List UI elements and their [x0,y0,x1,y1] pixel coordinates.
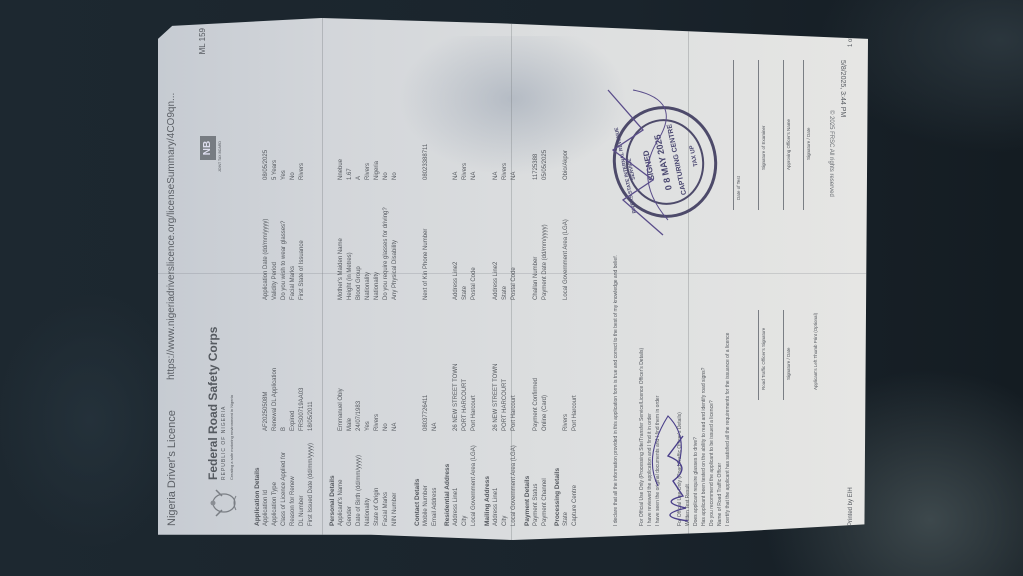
field-label: First State of Issuance [298,180,307,300]
org-tagline: Creating a safe motoring environment in … [229,395,234,480]
field-label: Any Physical Disability [391,180,400,300]
print-footer: 5/8/2025, 3:44 PM © 2025 FRSC All rights… [826,60,866,360]
approver-sig-label: Signature / Date [806,127,811,160]
field-value: Renewal DL Application [271,368,280,431]
reference-code: ML 159 [198,28,207,54]
field-label: Validity Period [271,180,280,300]
field-value: No [382,172,391,180]
sig-officer-label: Road Traffic Officer's Signature [761,328,766,390]
field-value: No [391,172,400,180]
field-value: Yes [280,170,289,180]
field-label: State [562,431,571,526]
section-heading: Payment Details [523,306,532,526]
field-label: Nationality [364,431,373,526]
field-value: FRS00719AA03 [298,388,307,431]
section-heading: Contact Details [413,306,422,526]
mailing-address-section: Mailing AddressAddress Line126 NEW STREE… [483,306,519,526]
field-label: Address Line1 [452,431,461,526]
field-value: NA [510,172,519,180]
personal-details-section: Personal DetailsApplicant's NameEmmanuel… [328,306,400,526]
approver-name-label: Approving Officer's Name [786,119,791,170]
field-value: 1.67 [346,168,355,180]
partner-caption: JOINT TAX BOARD [218,141,222,172]
joint-tax-board-logo: NB [200,136,216,160]
field-value: 18/05/2011 [307,401,316,431]
contact-details-section: Contact DetailsMobile Number08037726411E… [413,306,440,526]
field-value: No [382,423,391,431]
field-value: Rivers [562,414,571,431]
field-row: Applicant's NameEmmanuel Obiy [337,306,346,526]
sig-date-label: Signature / Date [786,347,791,380]
document-title: Nigeria Driver's Licence [166,410,178,526]
field-row: First State of IssuanceRivers [298,40,307,300]
field-row: CityPORT HARCOURT [501,306,510,526]
field-label: Height (in Metres) [346,180,355,300]
field-label: Mobile Number [422,431,431,526]
field-label: City [501,431,510,526]
officer-signature-icon [648,396,698,526]
official-use-line: Has applicant been tested on the ability… [700,276,708,526]
field-row: Address Line2NA [492,40,501,300]
coat-of-arms-icon [206,486,240,520]
field-value: Port Harcourt [571,395,580,431]
field-value: Nigeria [373,161,382,180]
personal-details-right-column: Mother's Maiden NameNnebueHeight (in Met… [337,40,400,300]
field-row: Postal CodeNA [510,40,519,300]
official-use-line: I certify that the applicant has satisfi… [724,276,732,526]
field-value: Port Harcourt [470,395,479,431]
field-row: Validity Period5 Years [271,40,280,300]
official-use-title: For Official Use Only (Processing Site/T… [638,276,646,526]
field-row: GenderMale [346,306,355,526]
field-value: Rivers [373,414,382,431]
field-label: Application Type [271,431,280,526]
field-label: Nationality [373,180,382,300]
field-row: Email AddressNA [431,306,440,526]
field-row: Do you require glasses for driving?No [382,40,391,300]
document-paper: Nigeria Driver's Licence https://www.nig… [158,18,868,540]
field-value: Male [346,418,355,431]
field-row: Local Government Area (LGA)Obio/Akpor [562,40,571,300]
field-row: StateRivers [461,40,470,300]
field-label: Capture Centre [571,431,580,526]
field-label: Address Line2 [452,180,461,300]
field-label: DL Number [298,431,307,526]
field-row: Height (in Metres)1.67 [346,40,355,300]
field-value: 08037726411 [422,395,431,431]
field-value: Yes [364,421,373,431]
field-value: 26 NEW STREET TOWN [452,364,461,431]
copyright-note: © 2025 FRSC All rights reserved [828,110,834,197]
field-label: Local Government Area (LGA) [470,431,479,526]
field-value: Port Harcourt [510,395,519,431]
field-label: Next of Kin Phone Number [422,180,431,300]
field-value: Emmanuel Obiy [337,388,346,431]
org-subtitle: REPUBLIC OF NIGERIA [221,406,227,480]
field-row: Local Government Area (LGA)Port Harcourt [510,306,519,526]
field-label: State of Origin [373,431,382,526]
field-row: NIN NumberNA [391,306,400,526]
residential-address-section: Residential AddressAddress Line126 NEW S… [443,306,479,526]
field-row: Payment ChannelOnline (Card) [541,306,550,526]
field-value: No [289,172,298,180]
field-value: NA [431,423,440,431]
field-value: 08/05/2025 [262,150,271,180]
field-row: Mobile Number08037726411 [422,306,431,526]
field-row: Blood GroupA [355,40,364,300]
signature-scribble-icon [603,80,673,240]
official-use-line: Name of Road Traffic Officer [716,276,724,526]
field-row: First Issued Date (dd/mm/yyyy)18/05/2011 [307,306,316,526]
field-label: Payment Status [532,431,541,526]
field-label: Address Line1 [492,431,501,526]
field-label: Do you wish to wear glasses? [280,180,289,300]
field-label: Challan Number [532,180,541,300]
footer-printed-by: Printed by EIH [848,487,854,526]
field-value: Expired [289,411,298,431]
field-value: NA [470,172,479,180]
field-row: CityPORT HARCOURT [461,306,470,526]
field-row: StateRivers [501,40,510,300]
field-label: Local Government Area (LGA) [562,180,571,300]
examiner-sig-label: Signature of Examiner [761,125,766,170]
field-label: Email Address [431,431,440,526]
signature-line [803,60,804,210]
field-row: Application TypeRenewal DL Application [271,306,280,526]
field-label: Facial Marks [289,180,298,300]
payment-details-section: Payment DetailsPayment StatusPayment Con… [523,306,550,526]
field-label: Applicant's Name [337,431,346,526]
date-of-test-label: Date of Test [736,176,741,200]
field-value: Rivers [461,163,470,180]
field-row: Capture CentrePort Harcourt [571,306,580,526]
field-label: Class of Licence Applied for [280,431,289,526]
field-value: Obio/Akpor [562,150,571,180]
field-label: Gender [346,431,355,526]
applicant-thumbprint-label: Applicant's Left Thumb Print (Optional) [813,313,818,390]
field-label: Nationality [364,180,373,300]
field-row: StateRivers [562,306,571,526]
mailing-address-right-column: Address Line2NAStateRiversPostal CodeNA [492,40,519,300]
field-label: NIN Number [391,431,400,526]
field-value: Rivers [501,163,510,180]
field-value: 26 NEW STREET TOWN [492,364,501,431]
official-use-line: Do you recommend the applicant to be iss… [708,276,716,526]
field-row: Address Line2NA [452,40,461,300]
field-label: Postal Code [470,180,479,300]
org-name: Federal Road Safety Corps [206,327,220,480]
field-value: NA [492,172,501,180]
document-page: Nigeria Driver's Licence https://www.nig… [158,18,868,540]
field-label: Do you require glasses for driving? [382,180,391,300]
section-heading: Residential Address [443,306,452,526]
application-details-section: Application DetailsApplication IdAF20250… [253,306,316,526]
field-value: B [280,427,289,431]
field-row: Date of Birth (dd/mm/yyyy)24/07/1983 [355,306,364,526]
print-timestamp: 5/8/2025, 3:44 PM [839,60,846,117]
field-row: Mother's Maiden NameNnebue [337,40,346,300]
contact-details-right-column: Next of Kin Phone Number08023388711 [422,40,431,300]
signature-line [758,60,759,210]
field-row: Application IdAF20250508M [262,306,271,526]
section-heading: Processing Details [553,306,562,526]
field-label: Payment Channel [541,431,550,526]
field-row: DL NumberFRS00719AA03 [298,306,307,526]
field-row: Next of Kin Phone Number08023388711 [422,40,431,300]
field-value: A [355,176,364,180]
field-value: 24/07/1983 [355,401,364,431]
field-row: Payment Date (dd/mm/yyyy)05/05/2025 [541,40,550,300]
field-label: Facial Marks [382,431,391,526]
field-row: Address Line126 NEW STREET TOWN [492,306,501,526]
field-label: Application Date (dd/mm/yyyy) [262,180,271,300]
signature-line [783,310,784,400]
field-row: Facial MarksNo [382,306,391,526]
signature-line [783,60,784,210]
field-row: Facial MarksNo [289,40,298,300]
field-label: First Issued Date (dd/mm/yyyy) [307,431,316,526]
field-row: Postal CodeNA [470,40,479,300]
field-row: NationalityYes [364,306,373,526]
field-value: PORT HARCOURT [461,379,470,431]
field-label: Mother's Maiden Name [337,180,346,300]
field-value: Online (Card) [541,395,550,431]
page-url[interactable]: https://www.nigeriadriverslicence.org/li… [166,30,177,380]
field-label: Local Government Area (LGA) [510,431,519,526]
field-row: Do you wish to wear glasses?Yes [280,40,289,300]
field-value: PORT HARCOURT [501,379,510,431]
field-value: Nnebue [337,159,346,180]
field-row: NationalityRivers [364,40,373,300]
field-row: Payment StatusPayment Confirmed [532,306,541,526]
field-row: NationalityNigeria [373,40,382,300]
field-row: State of OriginRivers [373,306,382,526]
signature-line [758,310,759,400]
field-label: Application Id [262,431,271,526]
field-value: Rivers [298,163,307,180]
field-label: Postal Code [510,180,519,300]
processing-details-section: Processing DetailsStateRiversCapture Cen… [553,306,580,526]
field-row: Any Physical DisabilityNo [391,40,400,300]
field-row: Address Line126 NEW STREET TOWN [452,306,461,526]
field-label: Address Line2 [492,180,501,300]
field-value: 05/05/2025 [541,150,550,180]
payment-details-right-column: Challan Number11725388Payment Date (dd/m… [532,40,550,300]
residential-address-right-column: Address Line2NAStateRiversPostal CodeNA [452,40,479,300]
field-label: Date of Birth (dd/mm/yyyy) [355,431,364,526]
field-row: Reason for RenewExpired [289,306,298,526]
field-value: AF20250508M [262,392,271,431]
field-value: Payment Confirmed [532,378,541,431]
field-label: Reason for Renew [289,431,298,526]
field-row: Challan Number11725388 [532,40,541,300]
field-row: Local Government Area (LGA)Port Harcourt [470,306,479,526]
field-value: 11725388 [532,154,541,180]
field-label: State [501,180,510,300]
field-value: NA [391,423,400,431]
field-label: State [461,180,470,300]
field-label: Blood Group [355,180,364,300]
field-value: 5 Years [271,160,280,180]
field-row: Application Date (dd/mm/yyyy)08/05/2025 [262,40,271,300]
field-value: NA [452,172,461,180]
section-heading: Application Details [253,306,262,526]
field-value: 08023388711 [422,144,431,180]
field-label: City [461,431,470,526]
field-row: Class of Licence Applied forB [280,306,289,526]
field-value: Rivers [364,163,373,180]
application-details-right-column: Application Date (dd/mm/yyyy)08/05/2025V… [262,40,307,300]
processing-details-right-column: Local Government Area (LGA)Obio/Akpor [562,40,571,300]
field-label: Payment Date (dd/mm/yyyy) [541,180,550,300]
section-heading: Mailing Address [483,306,492,526]
signature-line [733,60,734,210]
section-heading: Personal Details [328,306,337,526]
